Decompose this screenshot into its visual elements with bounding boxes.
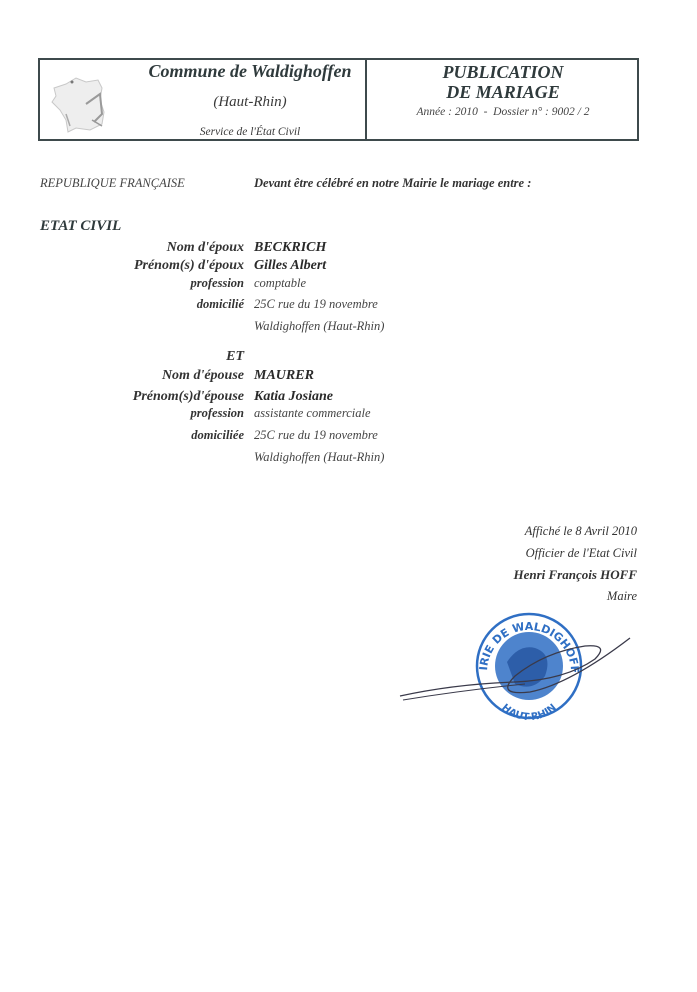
epoux-prenom-label: Prénom(s) d'époux — [134, 258, 244, 274]
epoux-profession-label: profession — [191, 276, 244, 291]
officier-title: Officier de l'Etat Civil — [526, 546, 637, 561]
epouse-profession: assistante commerciale — [254, 406, 371, 421]
commune-department: (Haut-Rhin) — [120, 94, 380, 111]
epoux-adresse-ligne1: 25C rue du 19 novembre — [254, 297, 378, 312]
mairie-stamp-icon: MAIRIE DE WALDIGHOFFEN HAUT-RHIN — [395, 604, 640, 726]
epouse-nom-label: Nom d'épouse — [162, 368, 244, 384]
epouse-adresse-ligne2: Waldighoffen (Haut-Rhin) — [254, 450, 384, 465]
republique-francaise: REPUBLIQUE FRANÇAISE — [40, 176, 185, 191]
epoux-adresse-ligne2: Waldighoffen (Haut-Rhin) — [254, 319, 384, 334]
commune-title: Commune de Waldighoffen — [120, 61, 380, 82]
epouse-nom: MAURER — [254, 368, 314, 384]
conjunction-et: ET — [226, 349, 244, 365]
officier-name: Henri François HOFF — [513, 567, 637, 583]
epoux-nom-label: Nom d'époux — [167, 240, 244, 256]
france-map-icon — [46, 74, 116, 136]
epouse-adresse-ligne1: 25C rue du 19 novembre — [254, 428, 378, 443]
publication-title-line1: PUBLICATION — [366, 62, 640, 83]
epouse-profession-label: profession — [191, 406, 244, 421]
epouse-domicile-label: domiciliée — [191, 428, 244, 443]
announcement-text: Devant être célébré en notre Mairie le m… — [254, 176, 531, 191]
svg-text:HAUT-RHIN: HAUT-RHIN — [499, 702, 558, 723]
epouse-prenom: Katia Josiane — [254, 389, 333, 405]
section-title: ETAT CIVIL — [40, 218, 121, 235]
commune-service: Service de l'État Civil — [120, 126, 380, 138]
epoux-prenom: Gilles Albert — [254, 258, 326, 274]
epoux-nom: BECKRICH — [254, 240, 326, 256]
epoux-profession: comptable — [254, 276, 306, 291]
publication-title-line2: DE MARIAGE — [366, 82, 640, 103]
epoux-domicile-label: domicilié — [197, 297, 244, 312]
epouse-prenom-label: Prénom(s)d'épouse — [133, 389, 244, 405]
officier-function: Maire — [607, 589, 637, 604]
publication-reference: Année : 2010 - Dossier n° : 9002 / 2 — [366, 106, 640, 118]
affiche-date: Affiché le 8 Avril 2010 — [525, 524, 637, 539]
